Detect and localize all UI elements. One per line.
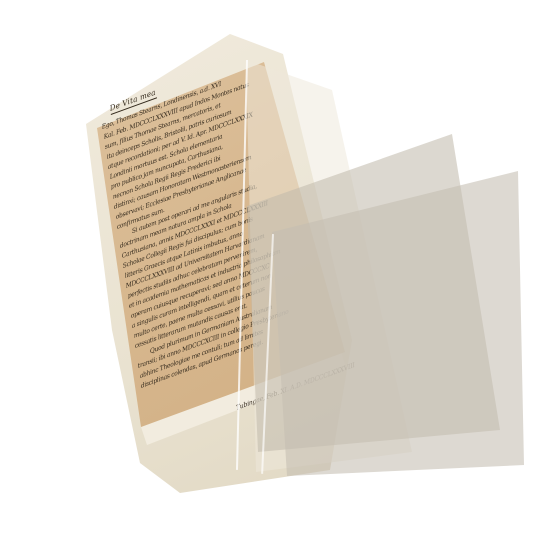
photo-background: De Vita mea Ego, Thomas Stearns, Londine… xyxy=(0,0,538,538)
